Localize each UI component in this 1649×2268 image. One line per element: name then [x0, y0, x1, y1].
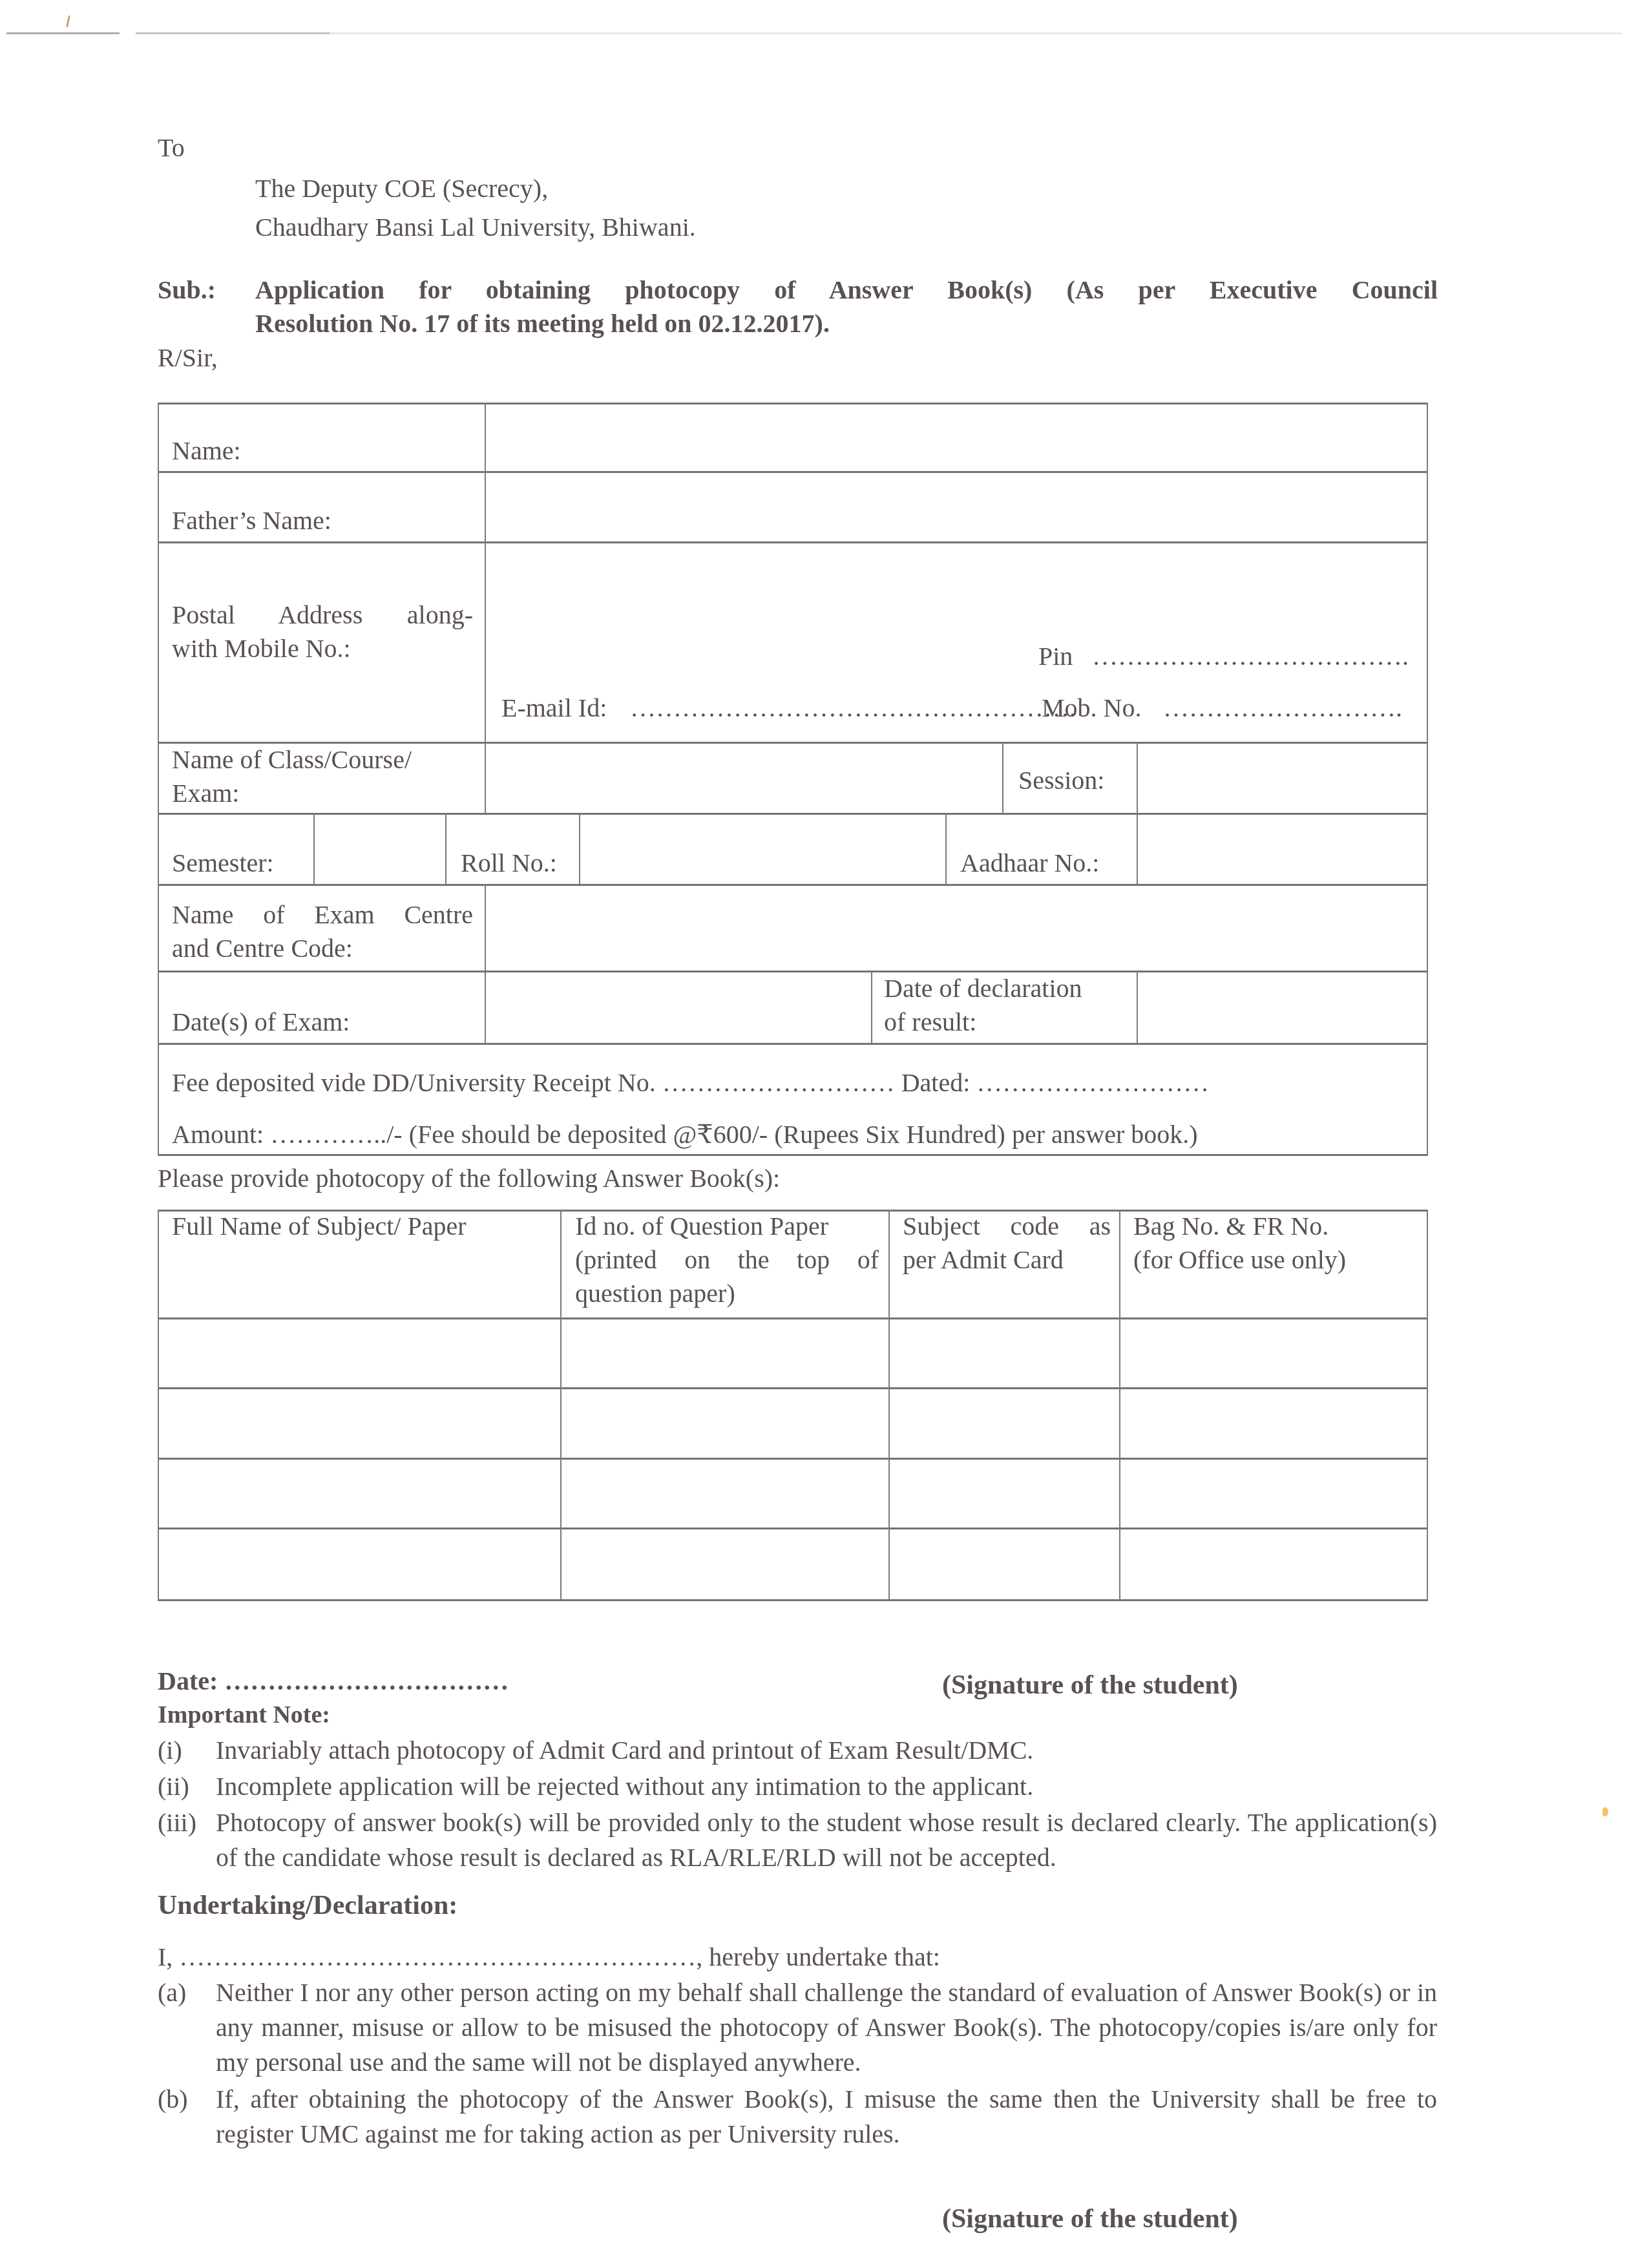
answer-table-row-divider — [158, 1528, 1428, 1529]
important-note-item: (iii) Photocopy of answer book(s) will b… — [158, 1805, 1437, 1875]
answer-table-border-right — [1427, 1210, 1428, 1601]
note-marker: (ii) — [158, 1769, 189, 1804]
form-col-divider — [1137, 742, 1138, 884]
important-note-item: (ii) Incomplete application will be reje… — [158, 1769, 1437, 1804]
table-cell-subject[interactable] — [162, 1322, 557, 1384]
answer-table-header-divider — [158, 1318, 1428, 1319]
table-cell-question-paper-id[interactable] — [564, 1462, 885, 1524]
form-row-divider — [158, 471, 1428, 473]
session-label: Session: — [1018, 764, 1104, 797]
table-cell-subject[interactable] — [162, 1462, 557, 1524]
class-label-line-2: Exam: — [172, 777, 239, 810]
undertaking-text: If, after obtaining the photocopy of the… — [216, 2082, 1437, 2152]
form-col-divider — [313, 813, 315, 884]
semester-field[interactable] — [319, 818, 441, 879]
recipient-line-1: The Deputy COE (Secrecy), — [255, 173, 548, 204]
result-date-label-line-2: of result: — [884, 1005, 976, 1039]
father-name-label: Father’s Name: — [172, 504, 331, 538]
table-cell-subject-code[interactable] — [892, 1392, 1115, 1454]
note-text: Incomplete application will be rejected … — [216, 1769, 1437, 1804]
undertaking-item: (b) If, after obtaining the photocopy of… — [158, 2082, 1437, 2152]
answer-table-row-divider — [158, 1387, 1428, 1389]
column-header-bag-fr-number: Bag No. & FR No. (for Office use only) — [1133, 1210, 1346, 1277]
scan-artifact-mark — [66, 16, 70, 27]
table-cell-question-paper-id[interactable] — [564, 1532, 885, 1595]
undertaking-intro: I, ……………………………………………………, hereby undertak… — [158, 1942, 940, 1972]
note-text: Invariably attach photocopy of Admit Car… — [216, 1733, 1437, 1768]
aadhaar-label: Aadhaar No.: — [960, 846, 1099, 880]
undertaking-heading: Undertaking/Declaration: — [158, 1890, 457, 1921]
answer-table-border-left — [158, 1210, 159, 1601]
form-row-divider — [158, 813, 1428, 815]
table-cell-question-paper-id[interactable] — [564, 1392, 885, 1454]
student-signature-label-final: (Signature of the student) — [942, 2203, 1238, 2234]
undertaking-text: Neither I nor any other person acting on… — [216, 1975, 1437, 2080]
father-name-field[interactable] — [491, 478, 1422, 538]
recipient-line-2: Chaudhary Bansi Lal University, Bhiwani. — [255, 212, 696, 242]
important-note-heading: Important Note: — [158, 1701, 330, 1729]
form-col-divider — [485, 403, 486, 813]
student-signature-label: (Signature of the student) — [942, 1670, 1238, 1701]
class-label-line-1: Name of Class/Course/ — [172, 743, 412, 777]
form-row-divider — [158, 884, 1428, 886]
date-line: Date: …………………………… — [158, 1666, 509, 1696]
answer-table-col-divider — [1119, 1210, 1120, 1601]
table-cell-bag-fr-number[interactable] — [1123, 1322, 1423, 1384]
mobile-label: Mob. No. — [1042, 691, 1141, 725]
subject-line-2: Resolution No. 17 of its meeting held on… — [255, 308, 830, 339]
roll-number-label: Roll No.: — [461, 846, 557, 880]
table-cell-bag-fr-number[interactable] — [1123, 1532, 1423, 1595]
form-col-divider — [445, 813, 446, 884]
undertaking-marker: (a) — [158, 1975, 186, 2010]
date-field[interactable]: …………………………… — [224, 1666, 509, 1696]
table-cell-subject[interactable] — [162, 1392, 557, 1454]
exam-dates-label: Date(s) of Exam: — [172, 1005, 350, 1039]
email-label: E-mail Id: — [501, 691, 607, 725]
name-field[interactable] — [491, 408, 1422, 468]
form-col-divider — [1137, 971, 1138, 1043]
result-date-label-line-1: Date of declaration — [884, 972, 1082, 1005]
roll-number-field[interactable] — [585, 818, 940, 879]
column-header-subject-code: Subject code as per Admit Card — [903, 1210, 1111, 1277]
subject-label: Sub.: — [158, 275, 216, 305]
form-col-divider — [871, 971, 872, 1043]
form-border-bottom — [158, 1154, 1428, 1156]
pin-field[interactable]: ………………………………. — [1092, 640, 1409, 673]
exam-centre-label-line-1: Name of Exam Centre — [172, 898, 473, 932]
note-marker: (i) — [158, 1733, 182, 1768]
exam-centre-label-line-2: and Centre Code: — [172, 932, 353, 965]
result-date-field[interactable] — [1142, 976, 1420, 1038]
postal-address-label-line-1: Postal Address along- — [172, 598, 473, 632]
table-cell-subject-code[interactable] — [892, 1532, 1115, 1595]
form-border-top — [158, 403, 1428, 404]
form-row-divider — [158, 541, 1428, 543]
session-field[interactable] — [1142, 747, 1420, 808]
undertaking-item: (a) Neither I nor any other person actin… — [158, 1975, 1437, 2080]
form-col-divider — [485, 884, 486, 1043]
exam-centre-field[interactable] — [491, 889, 1422, 965]
class-field[interactable] — [491, 747, 995, 808]
column-header-question-paper-id: Id no. of Question Paper (printed on the… — [575, 1210, 879, 1310]
mobile-field[interactable]: ………………………. — [1163, 691, 1402, 725]
answer-table-row-divider — [158, 1458, 1428, 1460]
note-marker: (iii) — [158, 1805, 196, 1840]
form-row-divider — [158, 971, 1428, 972]
undertaking-name-field[interactable]: …………………………………………………… — [179, 1942, 696, 1971]
table-cell-bag-fr-number[interactable] — [1123, 1392, 1423, 1454]
greeting: R/Sir, — [158, 342, 218, 373]
undertaking-marker: (b) — [158, 2082, 188, 2117]
aadhaar-field[interactable] — [1142, 818, 1420, 879]
form-col-divider — [945, 813, 947, 884]
table-cell-question-paper-id[interactable] — [564, 1322, 885, 1384]
subject-line-1: Application for obtaining photocopy of A… — [255, 275, 1438, 305]
answer-table-border-bottom — [158, 1599, 1428, 1601]
fee-amount-line[interactable]: Amount: …………../- (Fee should be deposite… — [172, 1118, 1198, 1151]
answer-books-intro: Please provide photocopy of the followin… — [158, 1163, 780, 1193]
table-cell-subject-code[interactable] — [892, 1462, 1115, 1524]
important-note-item: (i) Invariably attach photocopy of Admit… — [158, 1733, 1437, 1768]
postal-address-field[interactable] — [491, 549, 1422, 627]
form-col-divider — [1002, 742, 1003, 813]
form-col-divider — [579, 813, 580, 884]
table-cell-subject-code[interactable] — [892, 1322, 1115, 1384]
note-text: Photocopy of answer book(s) will be prov… — [216, 1805, 1437, 1875]
date-label: Date: — [158, 1666, 218, 1696]
answer-table-col-divider — [888, 1210, 890, 1601]
email-field[interactable]: ……………………………………………. — [630, 691, 1076, 725]
form-border-left — [158, 403, 159, 1155]
scan-artifact-line — [6, 32, 1622, 34]
fee-receipt-line[interactable]: Fee deposited vide DD/University Receipt… — [172, 1066, 1209, 1100]
postal-address-label-line-2: with Mobile No.: — [172, 632, 351, 666]
pin-label: Pin — [1038, 640, 1073, 673]
column-header-subject: Full Name of Subject/ Paper — [172, 1210, 466, 1243]
salutation-to: To — [158, 132, 185, 163]
name-label: Name: — [172, 434, 241, 468]
form-border-right — [1427, 403, 1428, 1155]
table-cell-bag-fr-number[interactable] — [1123, 1462, 1423, 1524]
answer-table-col-divider — [560, 1210, 562, 1601]
table-cell-subject[interactable] — [162, 1532, 557, 1595]
exam-dates-field[interactable] — [491, 976, 866, 1038]
semester-label: Semester: — [172, 846, 274, 880]
scan-artifact-dot — [1602, 1807, 1608, 1816]
form-row-divider — [158, 1043, 1428, 1045]
